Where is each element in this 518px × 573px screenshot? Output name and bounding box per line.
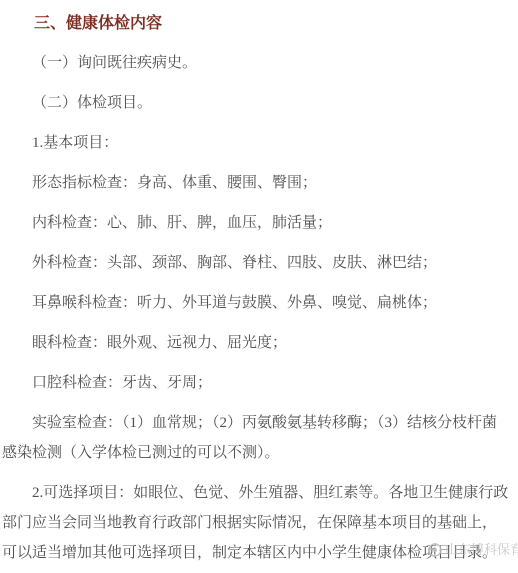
- paragraph-surgery-check: 外科检查：头部、颈部、胸部、脊柱、四肢、皮肤、淋巴结；: [2, 248, 510, 278]
- paragraph-exam-items: （二）体检项目。: [2, 88, 510, 118]
- paragraph-inquiry-history: （一）询问既往疾病史。: [2, 48, 510, 78]
- paragraph-internal-medicine-check: 内科检查：心、肺、肝、脾，血压，肺活量；: [2, 208, 510, 238]
- paragraph-ent-check: 耳鼻喉科检查：听力、外耳道与鼓膜、外鼻、嗅觉、扁桃体；: [2, 288, 510, 318]
- paragraph-lab-check: 实验室检查：（1）血常规；（2）丙氨酸氨基转移酶；（3）结核分枝杆菌感染检测（入…: [2, 408, 510, 468]
- article-page: 三、健康体检内容 （一）询问既往疾病史。 （二）体检项目。 1.基本项目： 形态…: [0, 0, 518, 573]
- paragraph-optional-items: 2.可选择项目：如眼位、色觉、外生殖器、胆红素等。各地卫生健康行政部门应当会同当…: [2, 478, 510, 568]
- section-title: 三、健康体检内容: [2, 10, 510, 38]
- paragraph-basic-items: 1.基本项目：: [2, 128, 510, 158]
- paragraph-eye-check: 眼科检查：眼外观、远视力、屈光度；: [2, 328, 510, 358]
- paragraph-morphology-check: 形态指标检查：身高、体重、腰围、臀围；: [2, 168, 510, 198]
- paragraph-dental-check: 口腔科检查：牙齿、牙周；: [2, 368, 510, 398]
